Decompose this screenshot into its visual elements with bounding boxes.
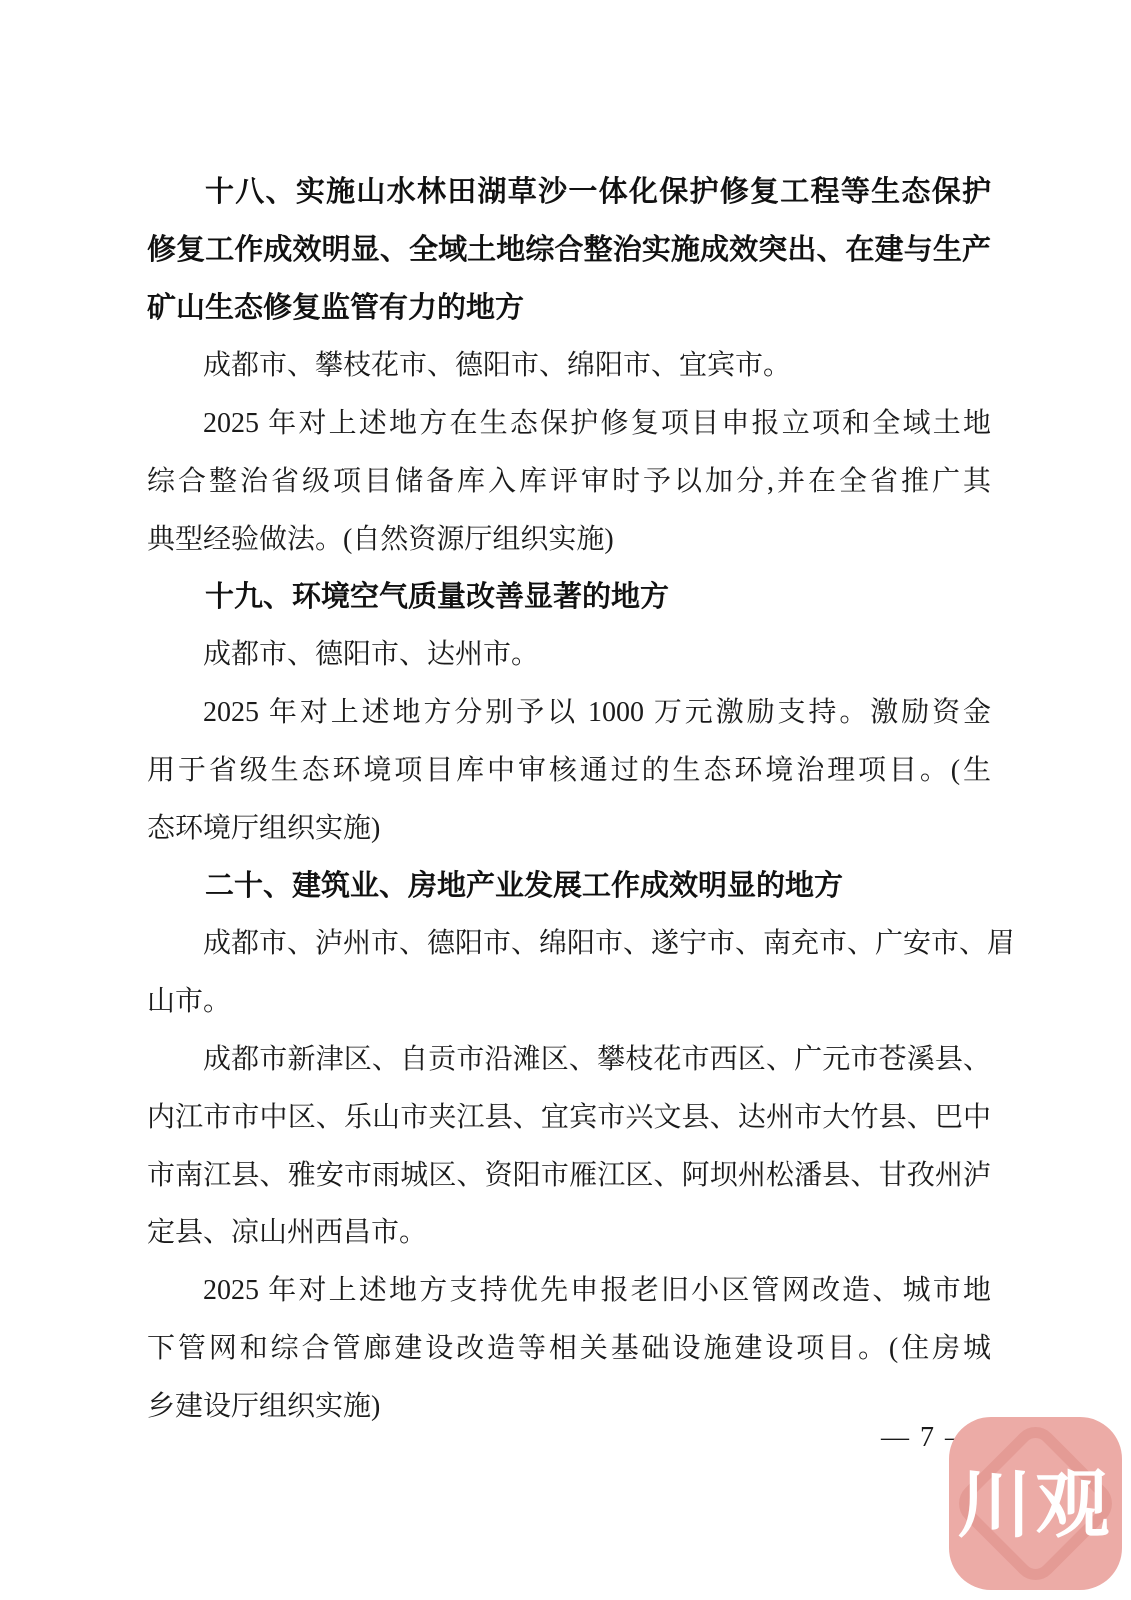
paragraph-line: 下管网和综合管廊建设改造等相关基础设施建设项目。(住房城 bbox=[147, 1320, 991, 1378]
document-page: 十八、实施山水林田湖草沙一体化保护修复工程等生态保护修复工作成效明显、全域土地综… bbox=[0, 0, 1131, 1600]
section-20-cities: 成都市、泸州市、德阳市、绵阳市、遂宁市、南充市、广安市、眉山市。 bbox=[147, 915, 991, 1031]
paragraph-line: 乡建设厅组织实施) bbox=[147, 1378, 991, 1436]
section-19-cities: 成都市、德阳市、达州市。 bbox=[147, 626, 991, 684]
section-heading-line: 二十、建筑业、房地产业发展工作成效明显的地方 bbox=[147, 858, 991, 916]
paragraph-line: 2025 年对上述地方在生态保护修复项目申报立项和全域土地 bbox=[147, 395, 991, 453]
section-19-heading: 十九、环境空气质量改善显著的地方 bbox=[147, 569, 991, 627]
paragraph-line: 综合整治省级项目储备库入库评审时予以加分,并在全省推广其 bbox=[147, 453, 991, 511]
paragraph-line: 2025 年对上述地方分别予以 1000 万元激励支持。激励资金 bbox=[147, 684, 991, 742]
paragraph-line: 2025 年对上述地方支持优先申报老旧小区管网改造、城市地 bbox=[147, 1262, 991, 1320]
paragraph-line: 成都市、攀枝花市、德阳市、绵阳市、宜宾市。 bbox=[147, 337, 991, 395]
paragraph-line: 市南江县、雅安市雨城区、资阳市雁江区、阿坝州松潘县、甘孜州泸 bbox=[147, 1147, 991, 1205]
section-18-heading: 十八、实施山水林田湖草沙一体化保护修复工程等生态保护修复工作成效明显、全域土地综… bbox=[147, 164, 991, 337]
paragraph-line: 成都市新津区、自贡市沿滩区、攀枝花市西区、广元市苍溪县、 bbox=[147, 1031, 991, 1089]
paragraph-line: 内江市市中区、乐山市夹江县、宜宾市兴文县、达州市大竹县、巴中 bbox=[147, 1089, 991, 1147]
paragraph-line: 成都市、德阳市、达州市。 bbox=[147, 626, 991, 684]
paragraph-line: 用于省级生态环境项目库中审核通过的生态环境治理项目。(生 bbox=[147, 742, 991, 800]
section-heading-line: 十八、实施山水林田湖草沙一体化保护修复工程等生态保护 bbox=[147, 164, 991, 222]
paragraph-line: 成都市、泸州市、德阳市、绵阳市、遂宁市、南充市、广安市、眉 bbox=[147, 915, 991, 973]
section-heading-line: 十九、环境空气质量改善显著的地方 bbox=[147, 569, 991, 627]
paragraph-line: 典型经验做法。(自然资源厅组织实施) bbox=[147, 511, 991, 569]
paragraph-line: 山市。 bbox=[147, 973, 991, 1031]
section-19-reward: 2025 年对上述地方分别予以 1000 万元激励支持。激励资金用于省级生态环境… bbox=[147, 684, 991, 857]
section-20-heading: 二十、建筑业、房地产业发展工作成效明显的地方 bbox=[147, 858, 991, 916]
section-18-cities: 成都市、攀枝花市、德阳市、绵阳市、宜宾市。 bbox=[147, 337, 991, 395]
watermark-logo-text: 川观 bbox=[958, 1469, 1114, 1543]
section-heading-line: 修复工作成效明显、全域土地综合整治实施成效突出、在建与生产 bbox=[147, 222, 991, 280]
section-18-reward: 2025 年对上述地方在生态保护修复项目申报立项和全域土地综合整治省级项目储备库… bbox=[147, 395, 991, 568]
section-20-reward: 2025 年对上述地方支持优先申报老旧小区管网改造、城市地下管网和综合管廊建设改… bbox=[147, 1262, 991, 1435]
section-heading-line: 矿山生态修复监管有力的地方 bbox=[147, 280, 991, 338]
document-body: 十八、实施山水林田湖草沙一体化保护修复工程等生态保护修复工作成效明显、全域土地综… bbox=[147, 164, 991, 1436]
chuanguan-logo-watermark: 川观 bbox=[949, 1417, 1122, 1590]
paragraph-line: 态环境厅组织实施) bbox=[147, 800, 991, 858]
paragraph-line: 定县、凉山州西昌市。 bbox=[147, 1204, 991, 1262]
section-20-districts: 成都市新津区、自贡市沿滩区、攀枝花市西区、广元市苍溪县、内江市市中区、乐山市夹江… bbox=[147, 1031, 991, 1262]
